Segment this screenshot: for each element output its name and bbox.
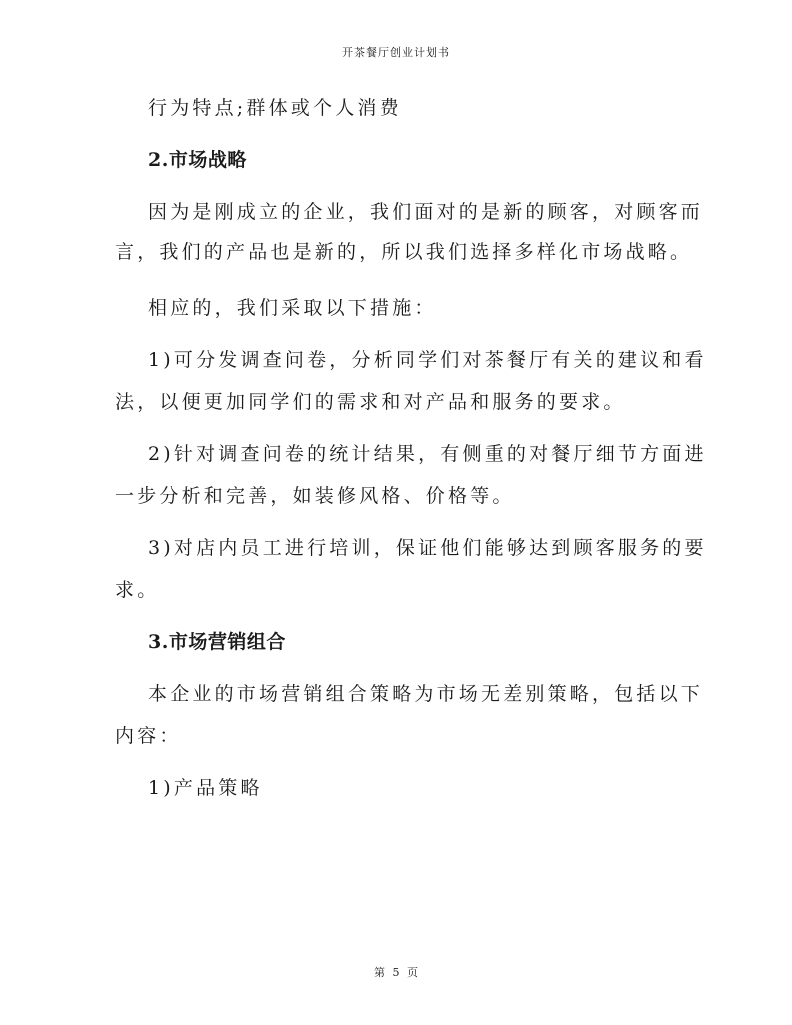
list-item-line: 1)产品策略 [148, 776, 263, 800]
paragraph-line: 因为是刚成立的企业，我们面对的是新的顾客，对顾客而 [148, 200, 703, 224]
page-number: 第 5 页 [0, 964, 792, 980]
list-item-line: 3)对店内员工进行培训，保证他们能够达到顾客服务的要 [148, 536, 707, 560]
paragraph-line: 本企业的市场营销组合策略为市场无差别策略，包括以下 [148, 682, 703, 706]
page-header: 开茶餐厅创业计划书 [0, 44, 792, 60]
list-item-line: 法，以便更加同学们的需求和对产品和服务的要求。 [115, 390, 626, 414]
list-item-line: 一步分析和完善，如装修风格、价格等。 [115, 484, 515, 508]
paragraph-line: 行为特点;群体或个人消费 [148, 96, 402, 120]
list-item-line: 2)针对调查问卷的统计结果，有侧重的对餐厅细节方面进 [148, 442, 707, 466]
list-item-line: 1)可分发调查问卷，分析同学们对茶餐厅有关的建议和看 [148, 348, 707, 372]
section-heading-market-strategy: 2.市场战略 [148, 148, 247, 172]
section-heading-marketing-mix: 3.市场营销组合 [148, 630, 286, 654]
paragraph-line: 相应的，我们采取以下措施： [148, 296, 437, 320]
paragraph-line: 内容： [115, 724, 182, 748]
list-item-line: 求。 [115, 578, 159, 602]
paragraph-line: 言，我们的产品也是新的，所以我们选择多样化市场战略。 [115, 240, 692, 264]
